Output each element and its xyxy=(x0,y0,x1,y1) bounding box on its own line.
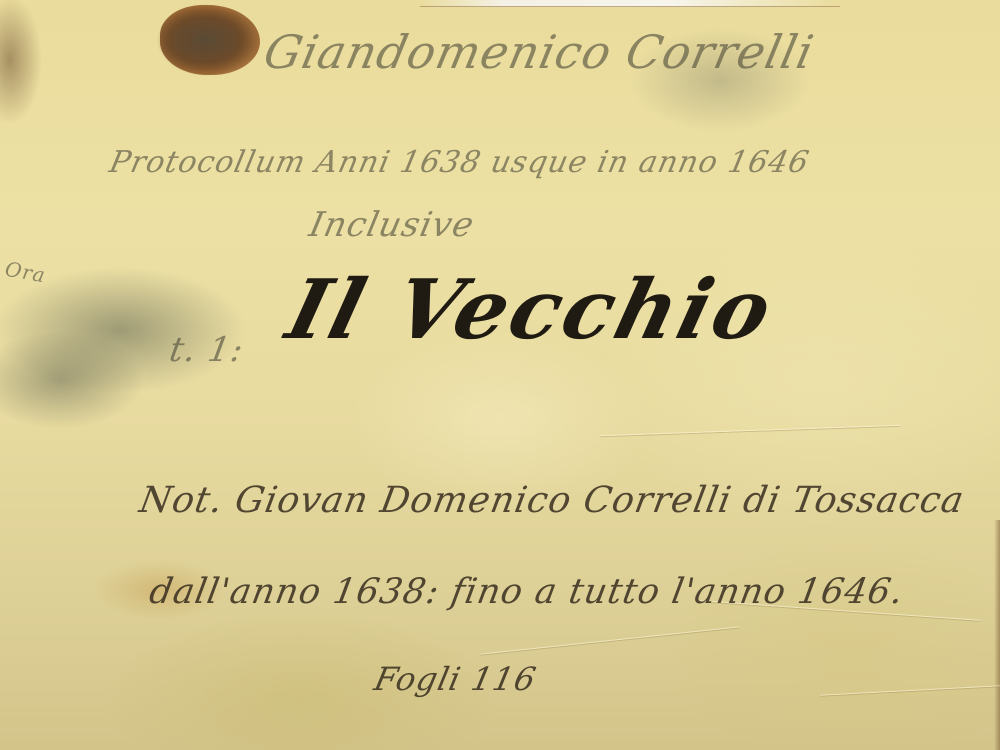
faint-inclusive-line: Inclusive xyxy=(306,205,478,245)
faint-title-name: Giandomenico Correlli xyxy=(259,25,819,79)
folios-count: Fogli 116 xyxy=(371,660,540,698)
crease-line xyxy=(600,425,900,436)
margin-note: t. 1: xyxy=(166,330,246,370)
dates-line: dall'anno 1638: fino a tutto l'anno 1646… xyxy=(146,572,906,612)
crease-line xyxy=(820,685,1000,695)
faint-protocol-line: Protocollum Anni 1638 usque in anno 1646 xyxy=(106,145,812,180)
main-title: Il Vecchio xyxy=(278,262,784,358)
crease-line xyxy=(481,626,740,654)
notary-line: Not. Giovan Domenico Correlli di Tossacc… xyxy=(136,480,967,521)
worn-right-edge xyxy=(994,520,1000,750)
margin-left-note: Ora xyxy=(3,257,47,288)
burn-stain xyxy=(160,5,260,75)
torn-top-edge xyxy=(420,0,840,7)
parchment-document: Giandomenico Correlli Protocollum Anni 1… xyxy=(0,0,1000,750)
